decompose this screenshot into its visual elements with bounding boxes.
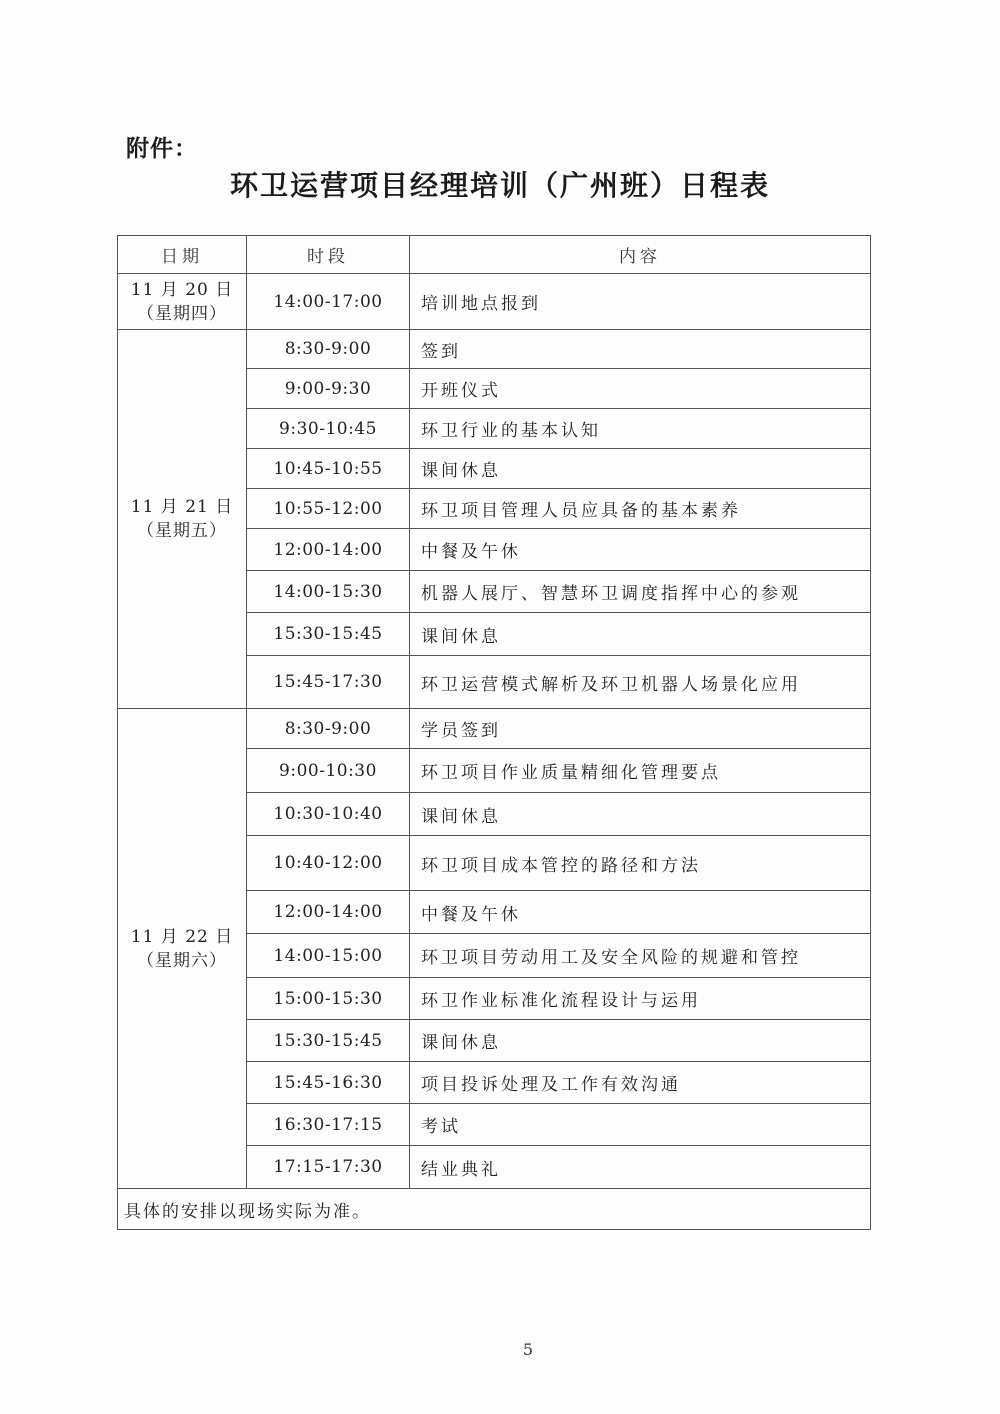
content-cell: 课间休息 (410, 1020, 871, 1062)
time-cell: 15:45-17:30 (247, 656, 410, 709)
content-cell: 学员签到 (410, 709, 871, 749)
content-cell: 签到 (410, 330, 871, 369)
time-cell: 8:30-9:00 (247, 330, 410, 369)
content-cell: 环卫项目作业质量精细化管理要点 (410, 749, 871, 793)
date-label: 11 月 22 日 (118, 925, 246, 949)
time-cell: 15:00-15:30 (247, 978, 410, 1020)
header-date: 日期 (118, 236, 247, 274)
table-row: 11 月 20 日 （星期四） 14:00-17:00 培训地点报到 (118, 274, 871, 330)
time-cell: 10:40-12:00 (247, 836, 410, 891)
time-cell: 10:30-10:40 (247, 793, 410, 836)
content-cell: 课间休息 (410, 449, 871, 489)
weekday-label: （星期五） (118, 519, 246, 543)
time-cell: 12:00-14:00 (247, 891, 410, 934)
time-cell: 9:00-9:30 (247, 369, 410, 409)
table-header-row: 日期 时段 内容 (118, 236, 871, 274)
time-cell: 8:30-9:00 (247, 709, 410, 749)
page-title: 环卫运营项目经理培训（广州班）日程表 (0, 164, 1000, 204)
content-cell: 环卫项目劳动用工及安全风险的规避和管控 (410, 934, 871, 978)
time-cell: 10:45-10:55 (247, 449, 410, 489)
date-cell: 11 月 20 日 （星期四） (118, 274, 247, 330)
time-cell: 9:00-10:30 (247, 749, 410, 793)
content-cell: 考试 (410, 1104, 871, 1146)
content-cell: 中餐及午休 (410, 529, 871, 571)
content-cell: 机器人展厅、智慧环卫调度指挥中心的参观 (410, 571, 871, 613)
schedule-note: 具体的安排以现场实际为准。 (118, 1189, 871, 1230)
content-cell: 课间休息 (410, 613, 871, 656)
content-cell: 项目投诉处理及工作有效沟通 (410, 1062, 871, 1104)
weekday-label: （星期六） (118, 949, 246, 973)
content-cell: 培训地点报到 (410, 274, 871, 330)
schedule-table: 日期 时段 内容 11 月 20 日 （星期四） 14:00-17:00 培训地… (117, 235, 871, 1230)
time-cell: 14:00-15:00 (247, 934, 410, 978)
content-cell: 开班仪式 (410, 369, 871, 409)
date-cell: 11 月 21 日 （星期五） (118, 330, 247, 709)
content-cell: 环卫项目管理人员应具备的基本素养 (410, 489, 871, 529)
date-label: 11 月 21 日 (118, 495, 246, 519)
time-cell: 15:45-16:30 (247, 1062, 410, 1104)
content-cell: 环卫作业标准化流程设计与运用 (410, 978, 871, 1020)
header-time: 时段 (247, 236, 410, 274)
content-cell: 中餐及午休 (410, 891, 871, 934)
time-cell: 16:30-17:15 (247, 1104, 410, 1146)
time-cell: 12:00-14:00 (247, 529, 410, 571)
time-cell: 15:30-15:45 (247, 1020, 410, 1062)
weekday-label: （星期四） (118, 302, 246, 326)
content-cell: 环卫项目成本管控的路径和方法 (410, 836, 871, 891)
date-cell: 11 月 22 日 （星期六） (118, 709, 247, 1189)
content-cell: 环卫运营模式解析及环卫机器人场景化应用 (410, 656, 871, 709)
time-cell: 15:30-15:45 (247, 613, 410, 656)
time-cell: 9:30-10:45 (247, 409, 410, 449)
table-row: 11 月 22 日 （星期六） 8:30-9:00 学员签到 (118, 709, 871, 749)
time-cell: 10:55-12:00 (247, 489, 410, 529)
content-cell: 课间休息 (410, 793, 871, 836)
content-cell: 结业典礼 (410, 1146, 871, 1189)
date-label: 11 月 20 日 (118, 278, 246, 302)
header-content: 内容 (410, 236, 871, 274)
page-number: 5 (28, 1340, 1000, 1359)
time-cell: 14:00-17:00 (247, 274, 410, 330)
note-row: 具体的安排以现场实际为准。 (118, 1189, 871, 1230)
table-row: 11 月 21 日 （星期五） 8:30-9:00 签到 (118, 330, 871, 369)
time-cell: 14:00-15:30 (247, 571, 410, 613)
content-cell: 环卫行业的基本认知 (410, 409, 871, 449)
attachment-label: 附件： (126, 130, 198, 163)
time-cell: 17:15-17:30 (247, 1146, 410, 1189)
